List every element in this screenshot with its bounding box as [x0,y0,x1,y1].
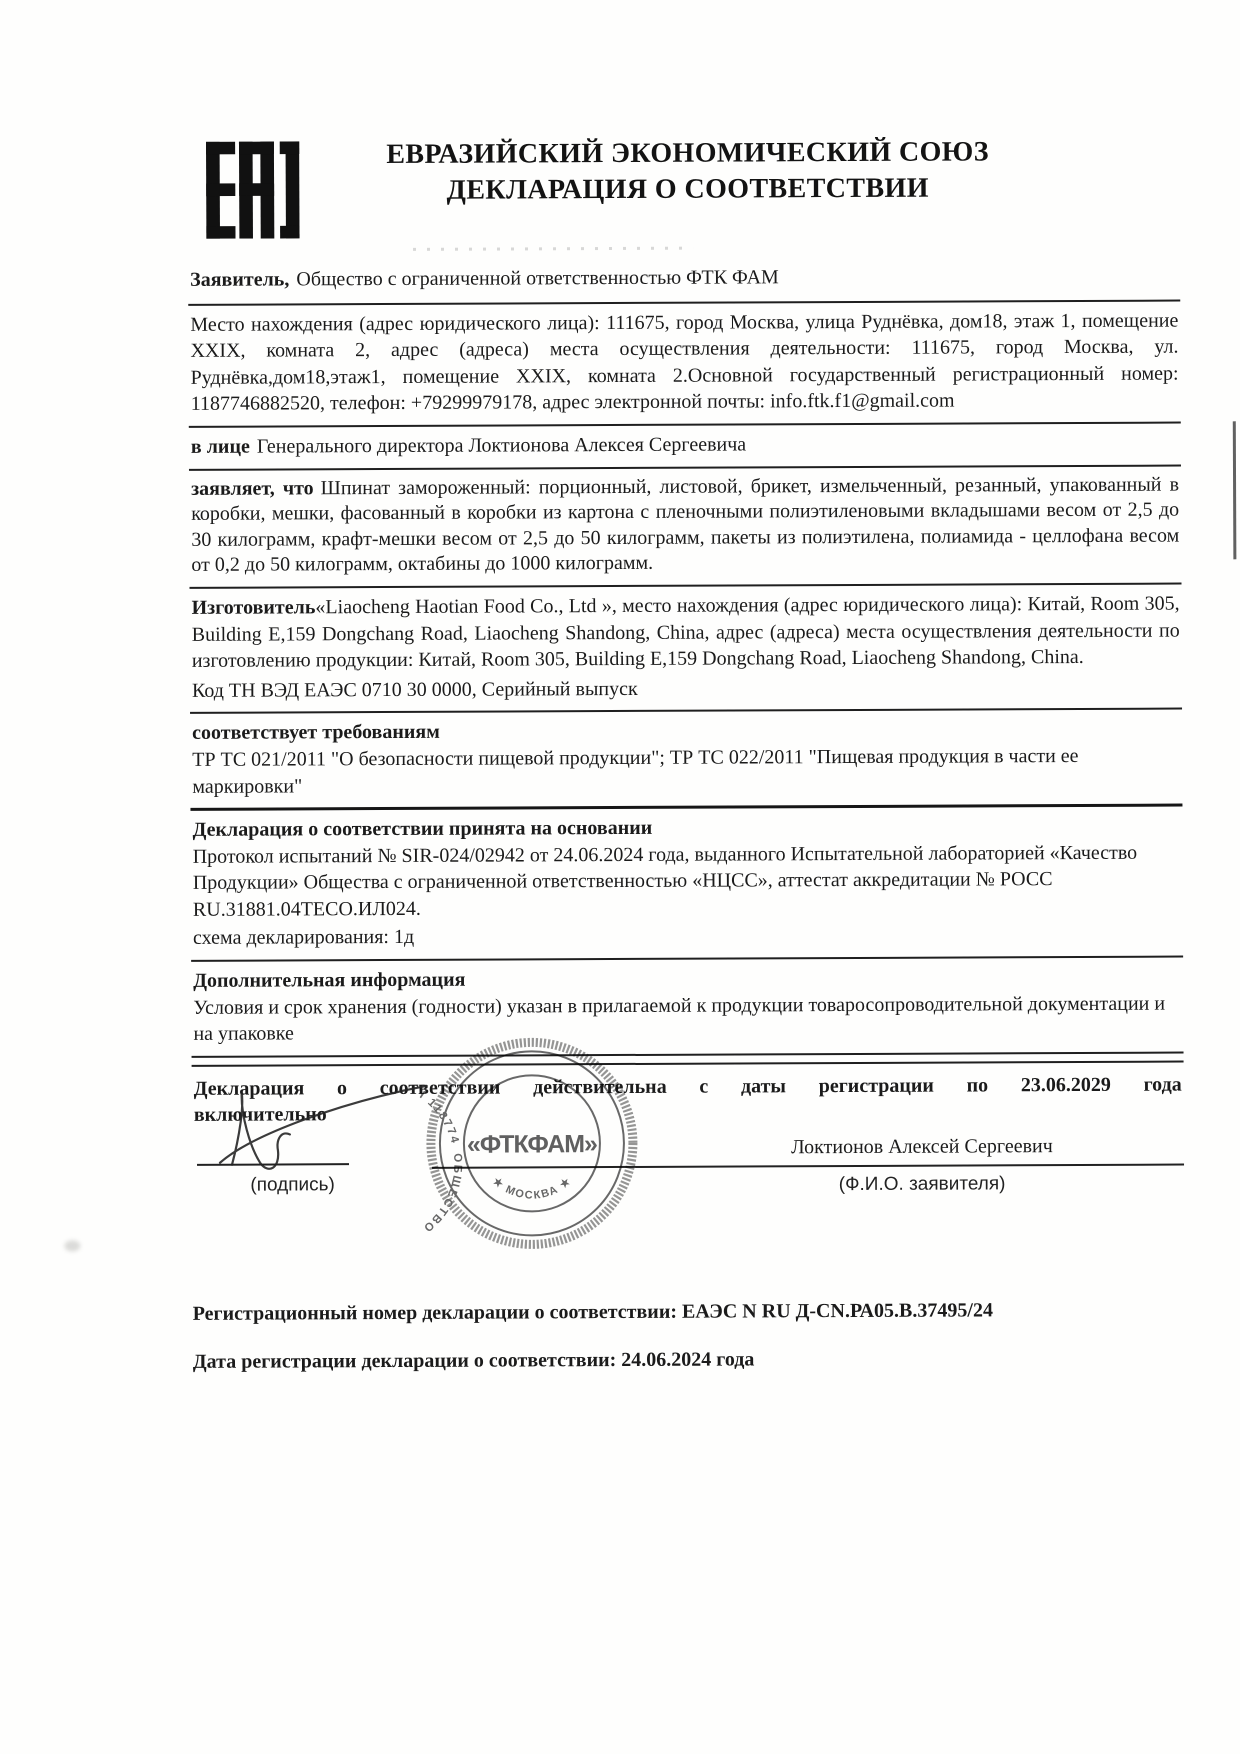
represented-by-value: Генерального директора Локтионова Алексе… [257,433,746,457]
location-text: Место нахождения (адрес юридического лиц… [190,309,1178,415]
svg-text:★ МОСКВА ★: ★ МОСКВА ★ [490,1175,574,1202]
manufacturer-text: «Liaocheng Haotian Food Co., Ltd », мест… [192,592,1180,671]
declares-label: заявляет, что [191,477,314,500]
eac-logo-icon [205,141,301,238]
applicant-row: Заявитель,Общество с ограниченной ответс… [188,254,1180,306]
represented-by-row: в лицеГенерального директора Локтионова … [189,424,1181,471]
basis-text: Протокол испытаний № SIR-024/02942 от 24… [193,839,1181,923]
additional-info-row: Дополнительная информация Условия и срок… [191,958,1183,1058]
signature-scribble [192,1064,442,1177]
additional-info-text: Условия и срок хранения (годности) указа… [193,990,1181,1047]
manufacturer-paragraph: Изготовитель«Liaocheng Haotian Food Co.,… [192,590,1180,674]
represented-by-label: в лице [191,436,250,458]
scanned-sheet: ЕВРАЗИЙСКИЙ ЭКОНОМИЧЕСКИЙ СОЮЗ ДЕКЛАРАЦИ… [0,0,1240,1754]
conforms-text: ТР ТС 021/2011 "О безопасности пищевой п… [192,742,1180,799]
applicant-value: Общество с ограниченной ответственностью… [296,266,779,290]
declaration-scheme: схема декларирования: 1д [193,921,1181,952]
basis-row: Декларация о соответствии принята на осн… [190,807,1183,962]
scan-noise [413,247,693,251]
manufacturer-label: Изготовитель [192,596,316,619]
signature-caption: (подпись) [210,1172,375,1198]
stamp-ring-text: ОБЩЕСТВО С ОГРАНИЧЕННОЙ ОТВЕТСТВЕННОСТЬЮ… [419,1031,463,1253]
tnved-code-line: Код ТН ВЭД ЕАЭС 0710 30 0000, Серийный в… [192,673,1180,704]
declaration-body: Заявитель,Общество с ограниченной ответс… [188,254,1185,1376]
registration-number-line: Регистрационный номер декларации о соотв… [193,1297,1185,1328]
stamp-center-text: «ФТКФАМ» [467,1130,597,1159]
applicant-full-name: Локтионов Алексей Сергеевич [642,1132,1202,1161]
location-row: Место нахождения (адрес юридического лиц… [188,301,1181,428]
scan-edge-artifact [1233,421,1237,559]
signature-block: (подпись) Локтионов Алексей Сергеевич (Ф… [192,1133,1185,1289]
declares-text: Шпинат замороженный: порционный, листово… [191,473,1179,576]
title-line-union: ЕВРАЗИЙСКИЙ ЭКОНОМИЧЕСКИЙ СОЮЗ [328,134,1048,174]
document-title: ЕВРАЗИЙСКИЙ ЭКОНОМИЧЕСКИЙ СОЮЗ ДЕКЛАРАЦИ… [328,134,1048,210]
stamp-moscow-text: ★ МОСКВА ★ [490,1175,574,1202]
title-line-declaration: ДЕКЛАРАЦИЯ О СООТВЕТСТВИИ [328,171,1048,211]
registration-date-line: Дата регистрации декларации о соответств… [193,1344,1185,1375]
svg-text:ОБЩЕСТВО С ОГРАНИЧЕННОЙ ОТВЕТС: ОБЩЕСТВО С ОГРАНИЧЕННОЙ ОТВЕТСТВЕННОСТЬЮ… [419,1031,463,1253]
manufacturer-row: Изготовитель«Liaocheng Haotian Food Co.,… [190,584,1183,714]
declaration-document: ЕВРАЗИЙСКИЙ ЭКОНОМИЧЕСКИЙ СОЮЗ ДЕКЛАРАЦИ… [0,0,1240,1754]
scan-smudge [64,1240,80,1251]
declares-row: заявляет, чтоШпинат замороженный: порцио… [189,466,1182,589]
company-stamp-seal: ОБЩЕСТВО С ОГРАНИЧЕННОЙ ОТВЕТСТВЕННОСТЬЮ… [419,1031,644,1256]
conforms-row: соответствует требованиям ТР ТС 021/2011… [190,710,1182,811]
applicant-label: Заявитель, [190,268,289,290]
name-caption: (Ф.И.О. заявителя) [642,1170,1202,1198]
